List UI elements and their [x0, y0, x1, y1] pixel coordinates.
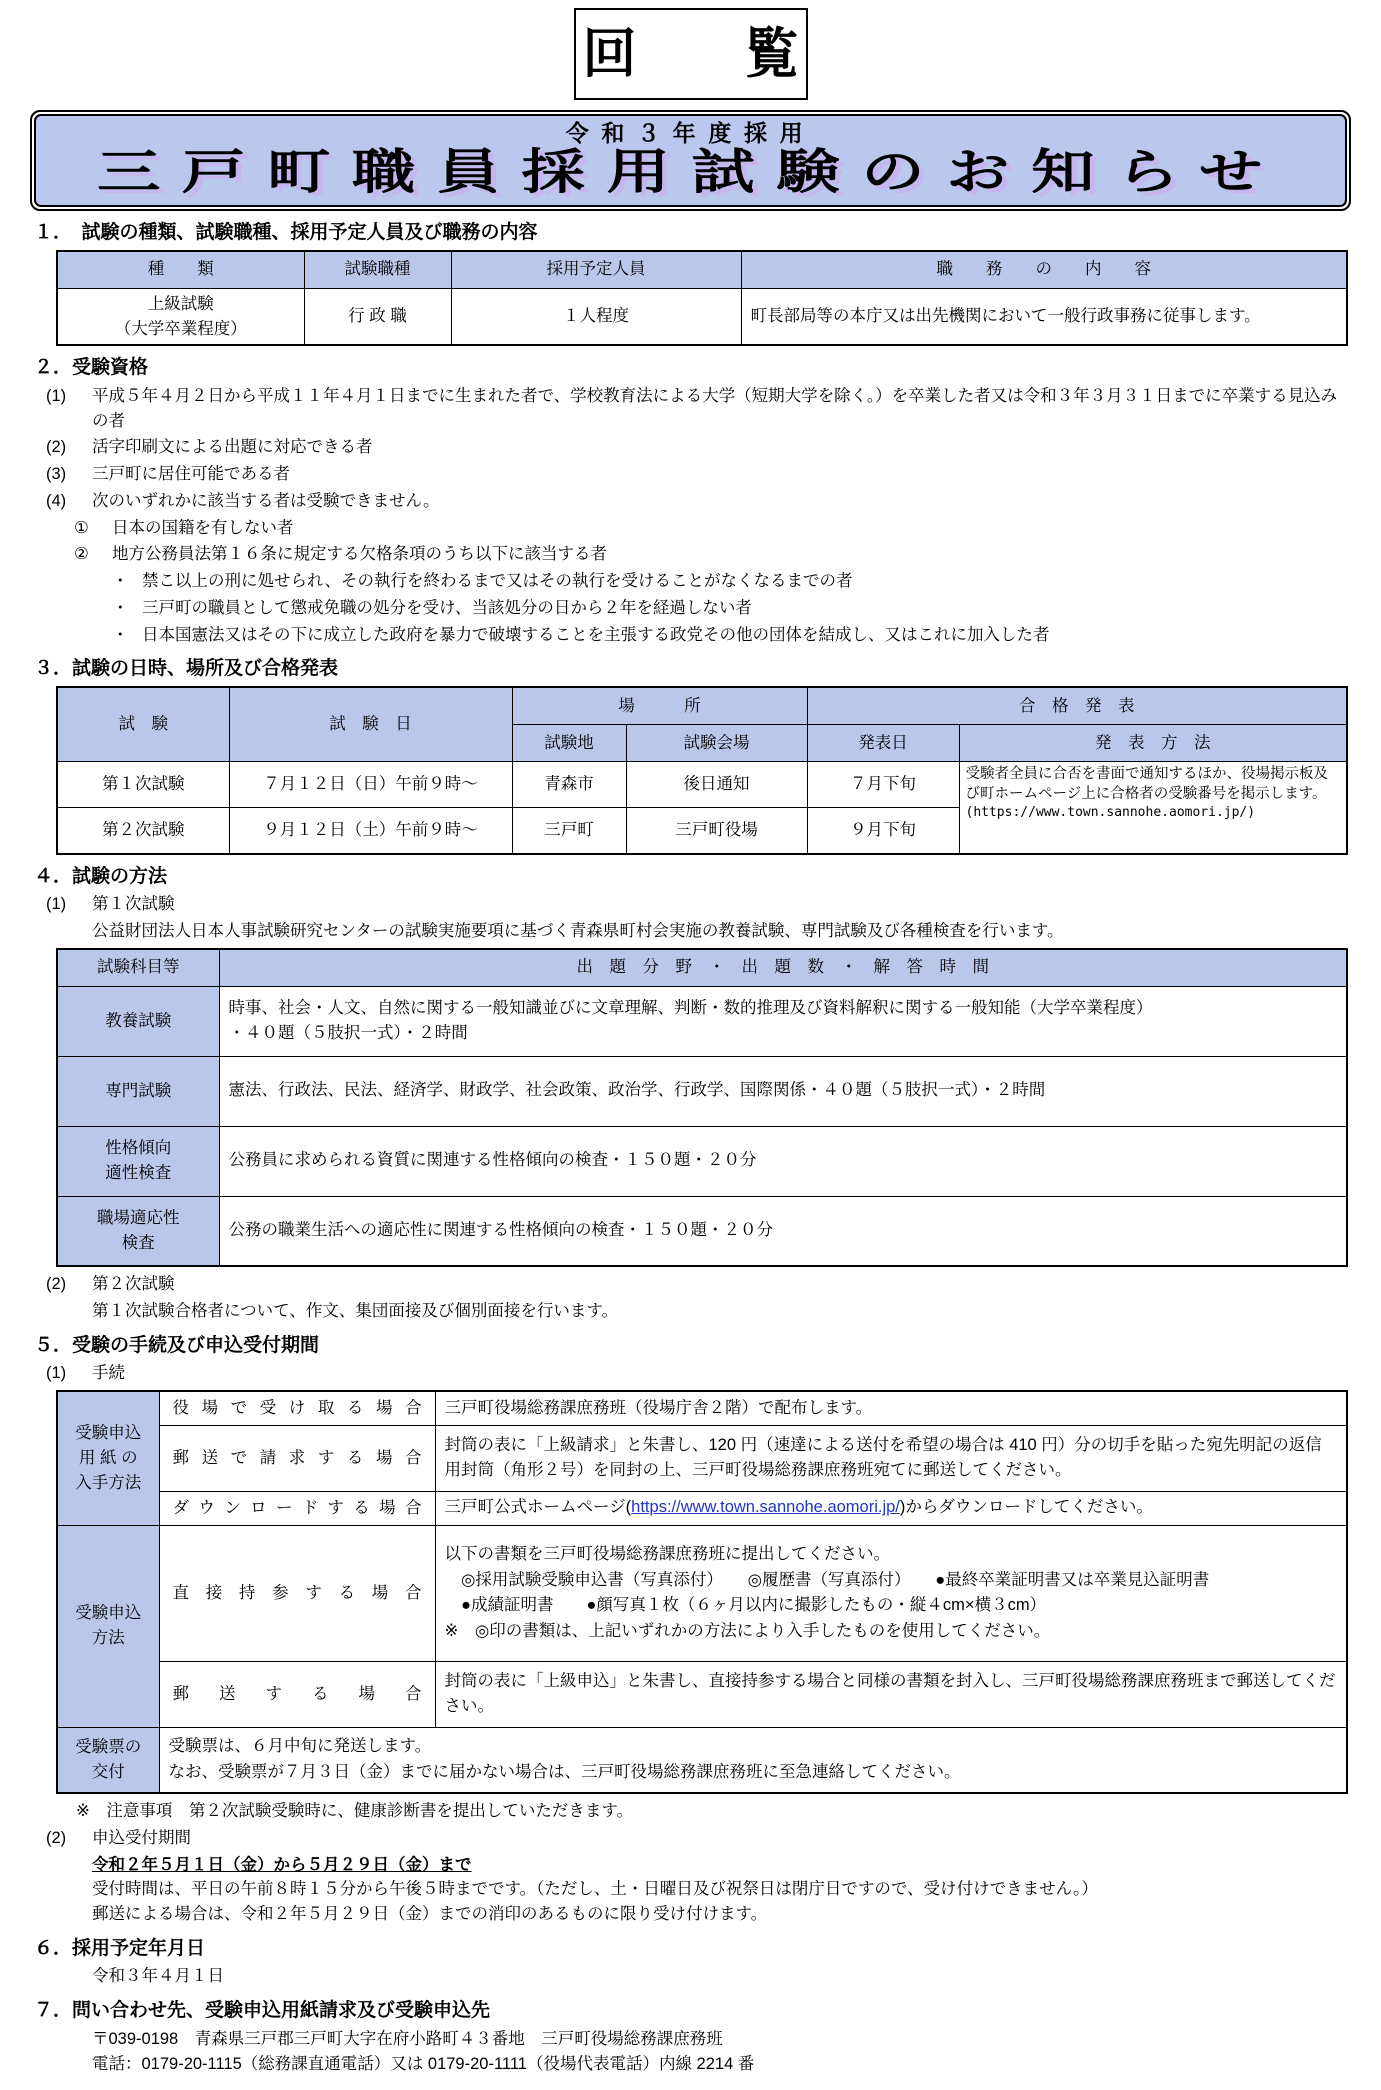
section7-heading: ７．問い合わせ先、受験申込用紙請求及び受験申込先	[34, 1998, 1351, 2024]
item-marker: (4)	[46, 489, 92, 514]
item-text: 第２次試験	[92, 1272, 175, 1297]
item-marker: (2)	[46, 1826, 92, 1851]
section6-heading: ６．採用予定年月日	[34, 1936, 1351, 1962]
bullet-text: 禁こ以上の刑に処せられ、その執行を終わるまで又はその執行を受けることがなくなるま…	[142, 569, 853, 594]
contact-address: 〒039-0198 青森県三戸郡三戸町大字在府小路町４３番地 三戸町役場総務課庶…	[92, 2027, 1351, 2052]
hire-count-cell: １人程度	[451, 288, 741, 345]
exam-area-cell: 青森市	[512, 762, 626, 808]
section1-heading: １． 試験の種類、試験職種、採用予定人員及び職務の内容	[34, 220, 1351, 246]
subject-cell: 職場適応性 検査	[57, 1196, 219, 1266]
kairan-label: 回 覧	[583, 27, 799, 81]
table-row: 専門試験 憲法、行政法、民法、経済学、財政学、社会政策、政治学、行政学、国際関係…	[57, 1056, 1347, 1126]
subject-desc-cell: 憲法、行政法、民法、経済学、財政学、社会政策、政治学、行政学、国際関係・４０題（…	[219, 1056, 1347, 1126]
subsection-label: (2) 第２次試験	[46, 1272, 1351, 1297]
method-cell: ダウンロードする場合	[159, 1491, 435, 1525]
exam-date-cell: ７月１２日（日）午前９時～	[229, 762, 512, 808]
subject-cell: 教養試験	[57, 986, 219, 1056]
item-text: 次のいずれかに該当する者は受験できません。	[92, 489, 440, 514]
section4-heading: ４．試験の方法	[34, 864, 1351, 890]
submit-docs-line: ※ ◎印の書類は、上記いずれかの方法により入手したものを使用してください。	[445, 1619, 1338, 1645]
method-desc-cell: 封筒の表に「上級申込」と朱書し、直接持参する場合と同様の書類を封入し、三戸町役場…	[435, 1661, 1347, 1727]
item-marker: ②	[74, 542, 112, 567]
application-procedure-table: 受験申込 用 紙 の 入手方法 役場で受け取る場合 三戸町役場総務課庶務班（役場…	[56, 1390, 1348, 1794]
exam-name-cell: 第２次試験	[57, 808, 229, 854]
item-marker: (2)	[46, 1272, 92, 1297]
download-text-pre: 三戸町公式ホームページ(	[445, 1498, 632, 1516]
eligibility-item: (4) 次のいずれかに該当する者は受験できません。	[46, 489, 1351, 514]
table-row: 職場適応性 検査 公務の職業生活への適応性に関連する性格傾向の検査・１５０題・２…	[57, 1196, 1347, 1266]
col-header-date: 試 験 日	[229, 687, 512, 762]
item-marker: (3)	[46, 462, 92, 487]
submit-docs-line: ●成績証明書 ●顔写真１枚（６ヶ月以内に撮影したもの・縦４cm×横３cm）	[445, 1593, 1338, 1619]
subsection-label: (1) 第１次試験	[46, 892, 1351, 917]
town-website-link[interactable]: https://www.town.sannohe.aomori.jp/	[631, 1498, 900, 1516]
item-text: 第１次試験	[92, 892, 175, 917]
title-banner: 令和３年度採用 三戸町職員採用試験のお知らせ	[30, 110, 1351, 211]
item-text: 活字印刷文による出題に対応できる者	[92, 435, 373, 460]
col-header-count: 採用予定人員	[451, 251, 741, 289]
banner-subtitle: 令和３年度採用	[36, 119, 1345, 148]
bullet-text: 日本国憲法又はその下に成立した政府を暴力で破壊することを主張する政党その他の団体…	[142, 623, 1050, 648]
exam-venue-cell: 後日通知	[626, 762, 807, 808]
title-banner-inner: 令和３年度採用 三戸町職員採用試験のお知らせ	[34, 114, 1347, 207]
item-marker: (1)	[46, 1361, 92, 1386]
subject-desc-cell: 時事、社会・人文、自然に関する一般知識並びに文章理解、判断・数的推理及び資料解釈…	[219, 986, 1347, 1056]
col-header-subject: 試験科目等	[57, 949, 219, 987]
group-admission-ticket: 受験票の 交付	[57, 1727, 159, 1793]
banner-title-wrap: 三戸町職員採用試験のお知らせ	[36, 148, 1345, 198]
method-desc-cell: 以下の書類を三戸町役場総務課庶務班に提出してください。 ◎採用試験受験申込書（写…	[435, 1525, 1347, 1661]
method-desc-cell: 封筒の表に「上級請求」と朱書し、120 円（速達による送付を希望の場合は 410…	[435, 1425, 1347, 1491]
kairan-stamp-box: 回 覧	[574, 8, 808, 100]
item-marker: (2)	[46, 435, 92, 460]
col-header-category: 試験職種	[304, 251, 451, 289]
eligibility-bullet: ・ 禁こ以上の刑に処せられ、その執行を終わるまで又はその執行を受けることがなくな…	[112, 569, 1351, 594]
method-desc-cell: 三戸町公式ホームページ(https://www.town.sannohe.aom…	[435, 1491, 1347, 1525]
exam-type-table: 種 類 試験職種 採用予定人員 職 務 の 内 容 上級試験 （大学卒業程度） …	[56, 250, 1348, 347]
first-exam-description: 公益財団法人日本人事試験研究センターの試験実施要項に基づく青森県町村会実施の教養…	[92, 919, 1351, 944]
table-row: 受験申込 方法 直接持参する場合 以下の書類を三戸町役場総務課庶務班に提出してく…	[57, 1525, 1347, 1661]
period-note: 受付時間は、平日の午前８時１５分から午後５時までです。（ただし、土・日曜日及び祝…	[92, 1877, 1351, 1902]
col-header-announce-date: 発表日	[807, 725, 959, 762]
item-text: 日本の国籍を有しない者	[112, 516, 294, 541]
method-desc-cell: 三戸町役場総務課庶務班（役場庁舎２階）で配布します。	[435, 1391, 1347, 1425]
table-row: ダウンロードする場合 三戸町公式ホームページ(https://www.town.…	[57, 1491, 1347, 1525]
schedule-table: 試 験 試 験 日 場 所 合 格 発 表 試験地 試験会場 発表日 発 表 方…	[56, 686, 1348, 855]
exam-date-cell: ９月１２日（土）午前９時～	[229, 808, 512, 854]
bullet-marker: ・	[112, 569, 142, 594]
subject-cell: 専門試験	[57, 1056, 219, 1126]
table-row: 受験申込 用 紙 の 入手方法 役場で受け取る場合 三戸町役場総務課庶務班（役場…	[57, 1391, 1347, 1425]
announce-method-text: 受験者全員に合否を書面で通知するほか、役場掲示板及び町ホームページ上に合格者の受…	[966, 765, 1341, 804]
announce-date-cell: ７月下旬	[807, 762, 959, 808]
ticket-desc-cell: 受験票は、６月中旬に発送します。 なお、受験票が７月３日（金）までに届かない場合…	[159, 1727, 1347, 1793]
col-header-announcement: 合 格 発 表	[807, 687, 1347, 725]
subsection-label: (2) 申込受付期間	[46, 1826, 1351, 1851]
group-obtain-forms: 受験申込 用 紙 の 入手方法	[57, 1391, 159, 1525]
submit-docs-line: ◎採用試験受験申込書（写真添付） ◎履歴書（写真添付） ●最終卒業証明書又は卒業…	[445, 1568, 1338, 1594]
col-header-duty: 職 務 の 内 容	[741, 251, 1347, 289]
item-marker: (1)	[46, 384, 92, 434]
subsection-label: (1) 手続	[46, 1361, 1351, 1386]
eligibility-bullet: ・ 日本国憲法又はその下に成立した政府を暴力で破壊することを主張する政党その他の…	[112, 623, 1351, 648]
announce-method-cell: 受験者全員に合否を書面で通知するほか、役場掲示板及び町ホームページ上に合格者の受…	[959, 762, 1347, 854]
eligibility-item: (3) 三戸町に居住可能である者	[46, 462, 1351, 487]
table-row: 郵送で請求する場合 封筒の表に「上級請求」と朱書し、120 円（速達による送付を…	[57, 1425, 1347, 1491]
eligibility-item: (1) 平成５年４月２日から平成１１年４月１日までに生まれた者で、学校教育法によ…	[46, 384, 1351, 434]
subject-desc-cell: 公務の職業生活への適応性に関連する性格傾向の検査・１５０題・２０分	[219, 1196, 1347, 1266]
col-header-exam-venue: 試験会場	[626, 725, 807, 762]
duty-description-cell: 町長部局等の本庁又は出先機関において一般行政事務に従事します。	[741, 288, 1347, 345]
bullet-marker: ・	[112, 596, 142, 621]
application-period: 令和２年５月１日（金）から５月２９日（金）まで	[92, 1853, 1351, 1878]
eligibility-subitem: ② 地方公務員法第１６条に規定する欠格条項のうち以下に該当する者	[74, 542, 1351, 567]
announce-date-cell: ９月下旬	[807, 808, 959, 854]
item-text: 手続	[92, 1361, 125, 1386]
item-text: 申込受付期間	[92, 1826, 191, 1851]
exam-type-cell: 上級試験 （大学卒業程度）	[57, 288, 304, 345]
eligibility-subitem: ① 日本の国籍を有しない者	[74, 516, 1351, 541]
section3-heading: ３．試験の日時、場所及び合格発表	[34, 656, 1351, 682]
table-row: 受験票の 交付 受験票は、６月中旬に発送します。 なお、受験票が７月３日（金）ま…	[57, 1727, 1347, 1793]
table-row: 郵送する場合 封筒の表に「上級申込」と朱書し、直接持参する場合と同様の書類を封入…	[57, 1661, 1347, 1727]
subject-desc-cell: 公務員に求められる資質に関連する性格傾向の検査・１５０題・２０分	[219, 1126, 1347, 1196]
col-header-exam: 試 験	[57, 687, 229, 762]
exam-venue-cell: 三戸町役場	[626, 808, 807, 854]
item-text: 地方公務員法第１６条に規定する欠格条項のうち以下に該当する者	[112, 542, 607, 567]
exam-area-cell: 三戸町	[512, 808, 626, 854]
hire-date: 令和３年４月１日	[92, 1964, 1351, 1989]
col-header-place: 場 所	[512, 687, 807, 725]
eligibility-item: (2) 活字印刷文による出題に対応できる者	[46, 435, 1351, 460]
submit-docs-line: 以下の書類を三戸町役場総務課庶務班に提出してください。	[445, 1542, 1338, 1568]
col-header-field: 出 題 分 野 ・ 出 題 数 ・ 解 答 時 間	[219, 949, 1347, 987]
contact-phone: 電話：0179-20-1115（総務課直通電話）又は 0179-20-1111（…	[92, 2052, 1351, 2077]
document-page: 回 覧 令和３年度採用 三戸町職員採用試験のお知らせ １． 試験の種類、試験職種…	[0, 0, 1381, 2090]
item-marker: ①	[74, 516, 112, 541]
item-text: 平成５年４月２日から平成１１年４月１日までに生まれた者で、学校教育法による大学（…	[92, 384, 1351, 434]
table-row: 第１次試験 ７月１２日（日）午前９時～ 青森市 後日通知 ７月下旬 受験者全員に…	[57, 762, 1347, 808]
second-exam-description: 第１次試験合格者について、作文、集団面接及び個別面接を行います。	[92, 1299, 1351, 1324]
method-cell: 役場で受け取る場合	[159, 1391, 435, 1425]
bullet-text: 三戸町の職員として懲戒免職の処分を受け、当該処分の日から２年を経過しない者	[142, 596, 752, 621]
item-marker: (1)	[46, 892, 92, 917]
subject-cell: 性格傾向 適性検査	[57, 1126, 219, 1196]
eligibility-bullet: ・ 三戸町の職員として懲戒免職の処分を受け、当該処分の日から２年を経過しない者	[112, 596, 1351, 621]
download-text-post: )からダウンロードしてください。	[900, 1498, 1153, 1516]
section5-heading: ５．受験の手続及び申込受付期間	[34, 1333, 1351, 1359]
col-header-type: 種 類	[57, 251, 304, 289]
item-text: 三戸町に居住可能である者	[92, 462, 290, 487]
announce-method-url: (https://www.town.sannohe.aomori.jp/)	[966, 804, 1341, 822]
table-row: 上級試験 （大学卒業程度） 行 政 職 １人程度 町長部局等の本庁又は出先機関に…	[57, 288, 1347, 345]
exam-subjects-table: 試験科目等 出 題 分 野 ・ 出 題 数 ・ 解 答 時 間 教養試験 時事、…	[56, 948, 1348, 1268]
job-category-cell: 行 政 職	[304, 288, 451, 345]
method-cell: 郵送する場合	[159, 1661, 435, 1727]
col-header-announce-method: 発 表 方 法	[959, 725, 1347, 762]
method-cell: 郵送で請求する場合	[159, 1425, 435, 1491]
caution-note: ※ 注意事項 第２次試験受験時に、健康診断書を提出していただきます。	[76, 1799, 1351, 1824]
bullet-marker: ・	[112, 623, 142, 648]
exam-name-cell: 第１次試験	[57, 762, 229, 808]
table-row: 性格傾向 適性検査 公務員に求められる資質に関連する性格傾向の検査・１５０題・２…	[57, 1126, 1347, 1196]
period-note: 郵送による場合は、令和２年５月２９日（金）までの消印のあるものに限り受け付けます…	[92, 1902, 1351, 1927]
group-apply-method: 受験申込 方法	[57, 1525, 159, 1727]
col-header-exam-area: 試験地	[512, 725, 626, 762]
page-title: 三戸町職員採用試験のお知らせ	[97, 148, 1284, 198]
section2-heading: ２．受験資格	[34, 355, 1351, 381]
method-cell: 直接持参する場合	[159, 1525, 435, 1661]
table-row: 教養試験 時事、社会・人文、自然に関する一般知識並びに文章理解、判断・数的推理及…	[57, 986, 1347, 1056]
